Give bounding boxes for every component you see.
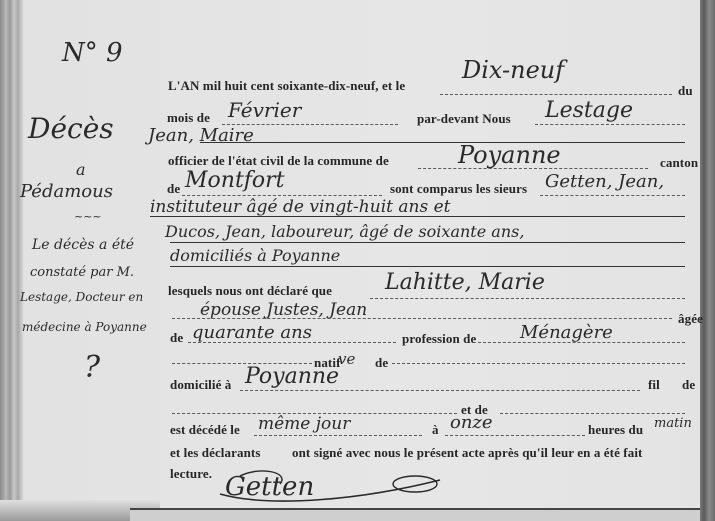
fill-rule <box>440 94 672 95</box>
margin-note-line-4: médecine à Poyanne <box>22 320 147 334</box>
deceased-place-name: Pédamous <box>20 181 113 202</box>
printed-officier: officier de l'état civil de la commune d… <box>168 153 389 169</box>
hand-hour: onze <box>450 412 493 433</box>
fill-rule <box>240 390 640 391</box>
hand-death-date: même jour <box>258 414 350 434</box>
printed-de: de <box>167 181 180 197</box>
fill-rule <box>445 435 585 436</box>
act-type: Décès <box>28 112 114 145</box>
fill-rule <box>172 318 672 319</box>
hand-month: Février <box>228 98 301 122</box>
margin-flourish: ~~~ <box>74 210 102 223</box>
printed-par-devant: par-devant Nous <box>417 111 511 127</box>
hand-witness-1: Getten, Jean, <box>545 171 664 192</box>
fill-rule <box>392 363 685 364</box>
hand-mayor-name: Lestage <box>545 98 633 123</box>
signature-flourish <box>210 468 460 513</box>
hand-witnesses-domicile: domiciliés à Poyanne <box>170 246 340 265</box>
printed-a-hour: à <box>432 422 439 438</box>
printed-canton: canton <box>660 155 698 171</box>
fill-rule <box>535 124 685 125</box>
printed-de-age: de <box>170 330 183 346</box>
hand-witness-1-detail: instituteur âgé de vingt-huit ans et <box>150 197 450 217</box>
margin-note-line-1: Le décès a été <box>32 237 134 253</box>
margin-note-line-2: constaté par M. <box>30 265 134 280</box>
page-binding-edge <box>700 0 715 521</box>
hand-profession: Ménagère <box>520 322 613 343</box>
printed-natif-de: de <box>375 355 388 371</box>
printed-domicilie: domicilié à <box>170 377 231 393</box>
fill-rule <box>418 168 648 169</box>
fill-rule <box>188 342 396 343</box>
printed-lecture: lecture. <box>170 466 212 482</box>
fill-rule <box>254 435 422 436</box>
printed-declarants: et les déclarants <box>170 445 261 461</box>
fill-rule <box>540 195 685 196</box>
printed-intro: L'AN mil huit cent soixante-dix-neuf, et… <box>168 78 405 94</box>
printed-heures-du: heures du <box>588 422 643 438</box>
fill-rule <box>370 298 685 299</box>
printed-sont-comparus: sont comparus les sieurs <box>390 181 527 197</box>
printed-fil-de: de <box>682 377 695 393</box>
hand-deceased-name: Lahitte, Marie <box>385 270 545 295</box>
act-number: N° 9 <box>62 38 123 68</box>
hand-age: quarante ans <box>192 322 312 343</box>
printed-profession: profession de <box>402 331 476 347</box>
printed-mois-de: mois de <box>167 110 210 126</box>
fill-rule <box>170 266 685 267</box>
fill-rule <box>182 195 382 196</box>
printed-agee: âgée <box>678 311 703 327</box>
hand-domicile: Poyanne <box>245 364 339 389</box>
fill-rule <box>150 216 685 217</box>
printed-text: L'AN mil huit cent soixante-dix-neuf, et… <box>168 78 405 93</box>
margin-preposition: a <box>76 160 86 179</box>
printed-ont-signe: ont signé avec nous le présent acte aprè… <box>292 445 642 461</box>
page-bottom-edge <box>130 508 700 521</box>
hand-period: matin <box>654 416 692 431</box>
margin-mark: ? <box>84 350 100 385</box>
printed-du: du <box>678 83 693 99</box>
hand-witness-2: Ducos, Jean, laboureur, âgé de soixante … <box>165 222 524 241</box>
hand-spouse: épouse Justes, Jean <box>200 300 367 320</box>
printed-lesquels: lesquels nous ont déclaré que <box>168 283 332 299</box>
hand-commune: Poyanne <box>458 141 561 169</box>
fill-rule <box>500 413 685 414</box>
hand-day: Dix-neuf <box>462 56 564 84</box>
hand-canton: Montfort <box>185 168 285 193</box>
fill-rule <box>200 142 685 143</box>
hand-natif-suffix: ve <box>338 350 355 368</box>
printed-est-decede: est décédé le <box>170 422 240 438</box>
fill-rule <box>170 242 685 243</box>
fill-rule <box>478 342 685 343</box>
margin-note-line-3: Lestage, Docteur en <box>20 290 143 304</box>
printed-fil: fil <box>648 377 660 393</box>
